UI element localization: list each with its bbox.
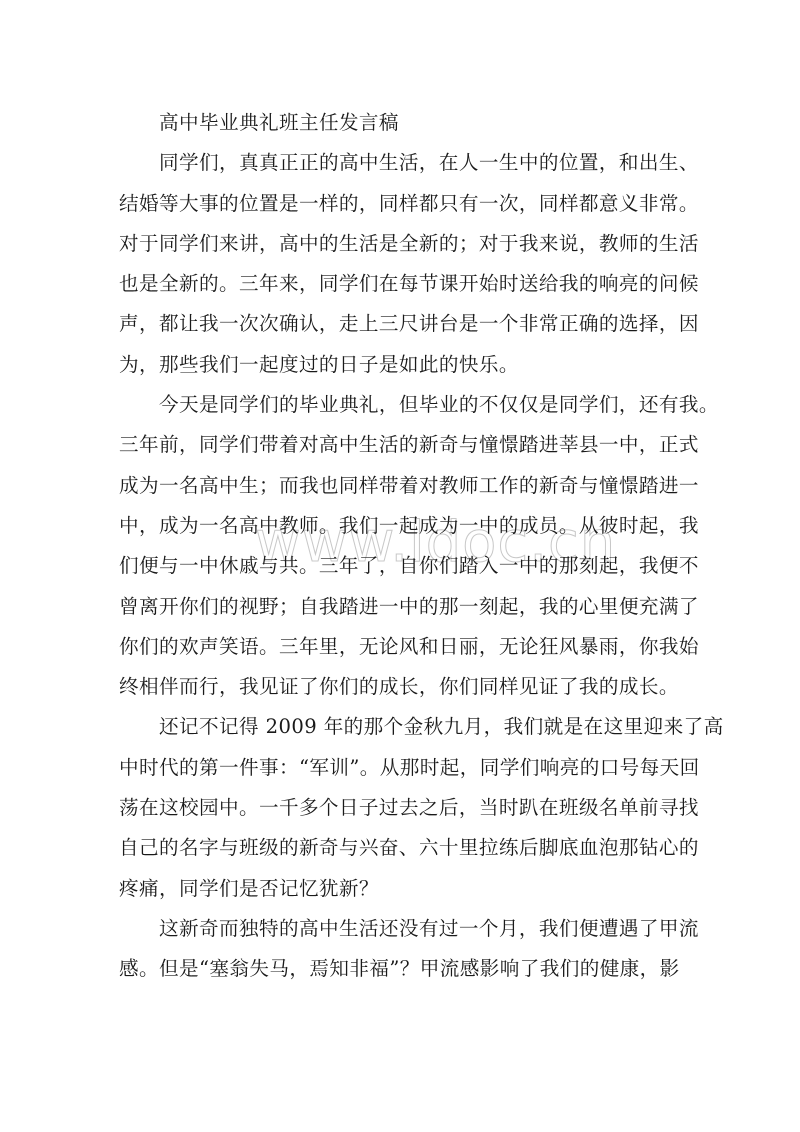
text-line: 对于同学们来讲，高中的生活是全新的；对于我来说，教师的生活 — [119, 224, 681, 264]
text-line: 还记不记得 2009 年的那个金秋九月，我们就是在这里迎来了高 — [119, 707, 681, 747]
text-line: 中，成为一名高中教师。我们一起成为一中的成员。从彼时起，我 — [119, 506, 681, 546]
text-line: 中时代的第一件事：“军训”。从那时起，同学们响亮的口号每天回 — [119, 748, 681, 788]
text-line: 自己的名字与班级的新奇与兴奋、六十里拉练后脚底血泡那钻心的 — [119, 828, 681, 868]
text-line: 这新奇而独特的高中生活还没有过一个月，我们便遭遇了甲流 — [119, 909, 681, 949]
text-line: 疼痛，同学们是否记忆犹新？ — [119, 869, 681, 909]
text-line: 结婚等大事的位置是一样的，同样都只有一次，同样都意义非常。 — [119, 184, 681, 224]
text-line: 也是全新的。三年来，同学们在每节课开始时送给我的响亮的问候 — [119, 264, 681, 304]
text-line: 今天是同学们的毕业典礼，但毕业的不仅仅是同学们，还有我。 — [119, 385, 681, 425]
text-line: 声，都让我一次次确认，走上三尺讲台是一个非常正确的选择，因 — [119, 304, 681, 344]
text-line: 感。但是“塞翁失马，焉知非福”？甲流感影响了我们的健康，影 — [119, 949, 681, 989]
text-line: 为，那些我们一起度过的日子是如此的快乐。 — [119, 345, 681, 385]
text-line: 同学们，真真正正的高中生活，在人一生中的位置，和出生、 — [119, 143, 681, 183]
text-line: 曾离开你们的视野；自我踏进一中的那一刻起，我的心里便充满了 — [119, 587, 681, 627]
document-page: 高中毕业典礼班主任发言稿 同学们，真真正正的高中生活，在人一生中的位置，和出生、… — [119, 103, 681, 990]
text-line: 荡在这校园中。一千多个日子过去之后，当时趴在班级名单前寻找 — [119, 788, 681, 828]
document-title: 高中毕业典礼班主任发言稿 — [119, 103, 681, 143]
text-line: 成为一名高中生；而我也同样带着对教师工作的新奇与憧憬踏进一 — [119, 466, 681, 506]
text-line: 终相伴而行，我见证了你们的成长，你们同样见证了我的成长。 — [119, 667, 681, 707]
text-line: 你们的欢声笑语。三年里，无论风和日丽，无论狂风暴雨，你我始 — [119, 627, 681, 667]
text-line: 三年前，同学们带着对高中生活的新奇与憧憬踏进莘县一中，正式 — [119, 425, 681, 465]
text-line: 们便与一中休戚与共。三年了，自你们踏入一中的那刻起，我便不 — [119, 546, 681, 586]
